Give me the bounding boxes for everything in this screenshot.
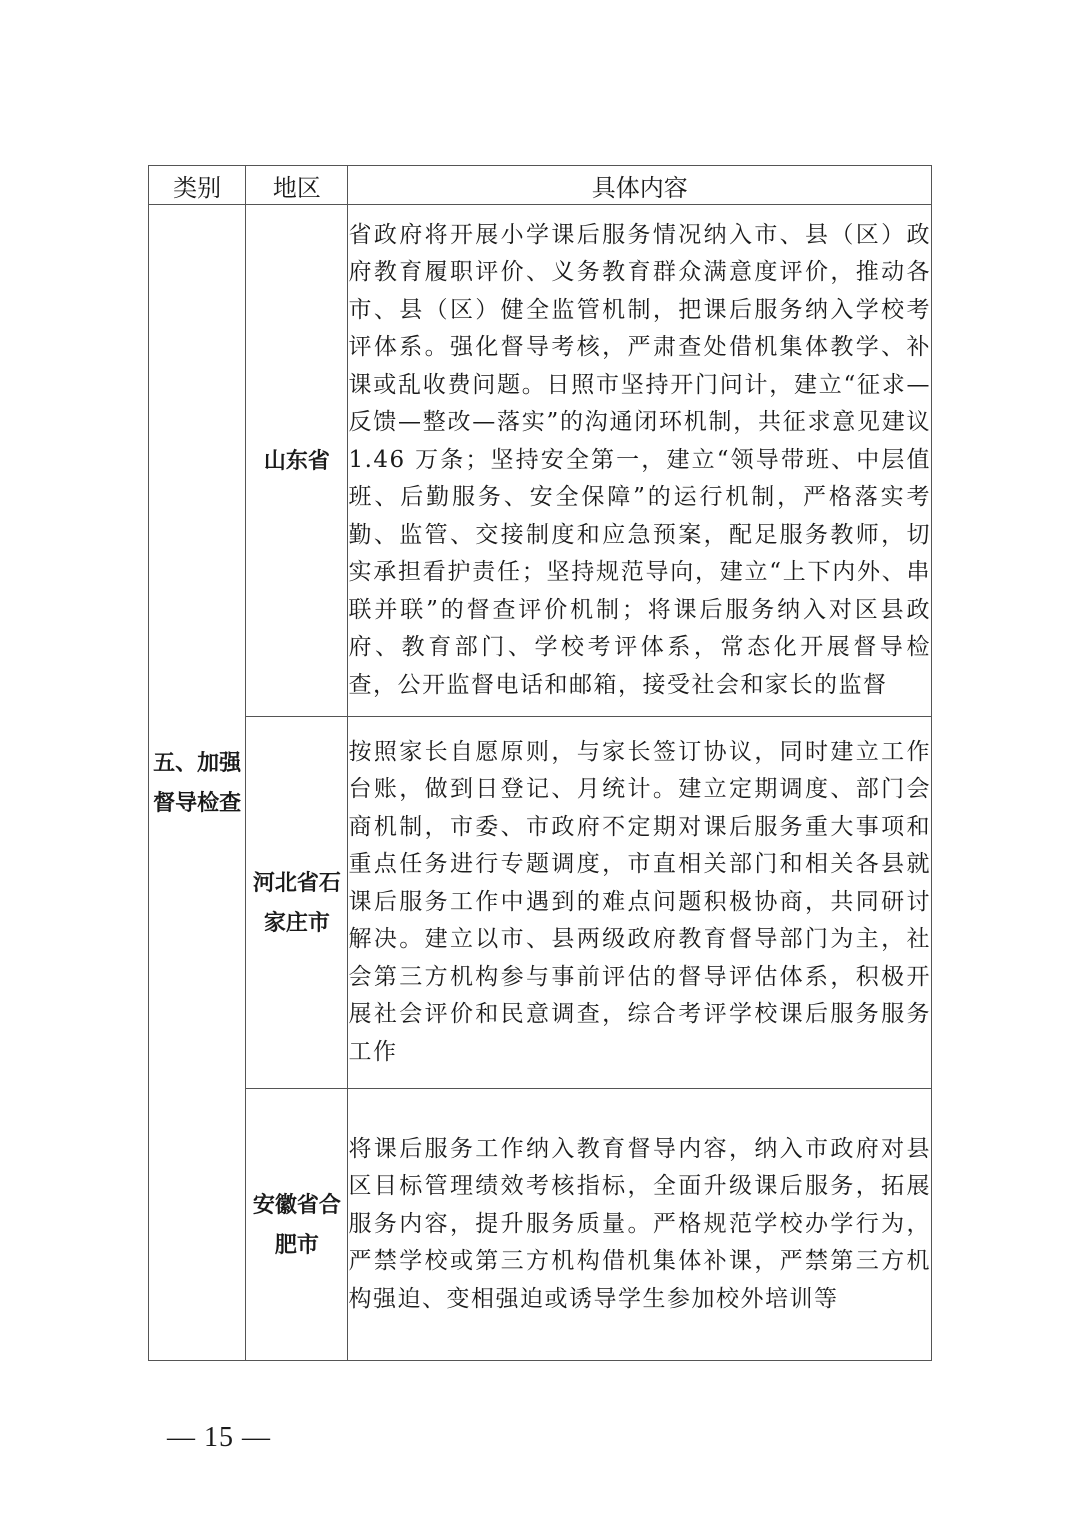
region-cell: 安徽省合肥市 <box>246 1089 348 1361</box>
table-row: 安徽省合肥市 将课后服务工作纳入教育督导内容，纳入市政府对县区目标管理绩效考核指… <box>149 1089 932 1361</box>
header-category: 类别 <box>149 166 246 205</box>
content-cell: 按照家长自愿原则，与家长签订协议，同时建立工作台账，做到日登记、月统计。建立定期… <box>348 717 932 1089</box>
region-cell: 河北省石家庄市 <box>246 717 348 1089</box>
content-cell: 将课后服务工作纳入教育督导内容，纳入市政府对县区目标管理绩效考核指标，全面升级课… <box>348 1089 932 1361</box>
table-row: 河北省石家庄市 按照家长自愿原则，与家长签订协议，同时建立工作台账，做到日登记、… <box>149 717 932 1089</box>
region-cell: 山东省 <box>246 205 348 717</box>
category-cell: 五、加强督导检查 <box>149 205 246 1361</box>
table-header-row: 类别 地区 具体内容 <box>149 166 932 205</box>
content-cell: 省政府将开展小学课后服务情况纳入市、县（区）政府教育履职评价、义务教育群众满意度… <box>348 205 932 717</box>
policy-table: 类别 地区 具体内容 五、加强督导检查 山东省 省政府将开展小学课后服务情况纳入… <box>148 165 932 1361</box>
header-content: 具体内容 <box>348 166 932 205</box>
page-number: — 15 — <box>167 1422 271 1454</box>
table-row: 五、加强督导检查 山东省 省政府将开展小学课后服务情况纳入市、县（区）政府教育履… <box>149 205 932 717</box>
header-region: 地区 <box>246 166 348 205</box>
category-label: 五、加强督导检查 <box>153 750 241 816</box>
